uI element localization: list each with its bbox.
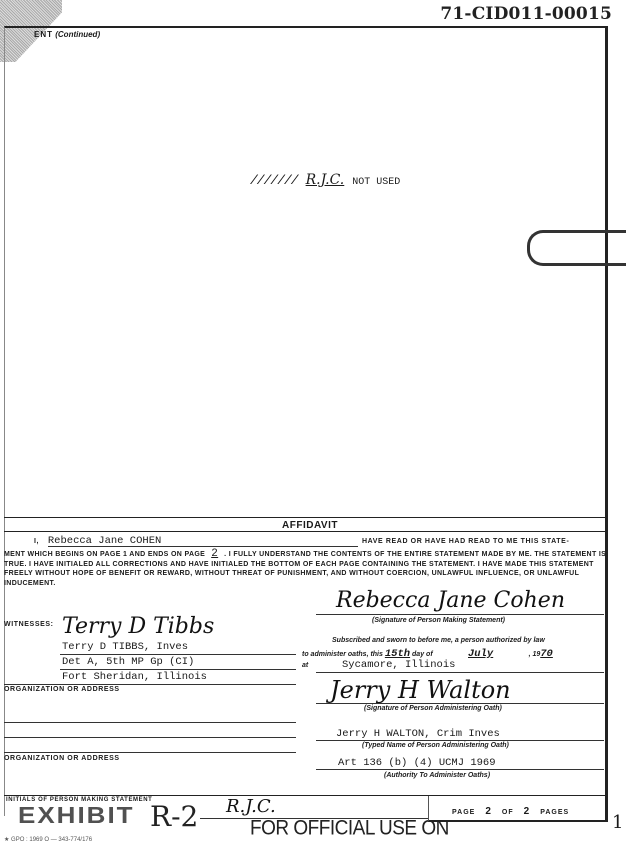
page-label: PAGE xyxy=(452,809,475,816)
day-of: day of xyxy=(412,651,433,658)
side-page-number: 1 xyxy=(612,812,623,833)
admin-typed-line xyxy=(316,740,604,741)
witness-name: Terry D TIBBS, Inves xyxy=(62,641,188,653)
strike-marks: /////// xyxy=(250,173,298,188)
not-used-annotation: /////// R.J.C. NOT USED xyxy=(250,172,400,188)
page-of: OF xyxy=(502,809,514,816)
authority: Art 136 (b) (4) UCMJ 1969 xyxy=(338,757,496,769)
oath-place: Sycamore, Illinois xyxy=(342,659,455,671)
header-cap: ENT xyxy=(34,30,53,39)
witness-location-line xyxy=(4,684,296,685)
pages-label: PAGES xyxy=(540,809,569,816)
affidavit-title: AFFIDAVIT xyxy=(282,520,338,531)
end-page-number: 2 xyxy=(205,548,224,560)
not-used-text: NOT USED xyxy=(352,177,400,188)
gpo-line: ★ GPO : 1969 O — 343-774/176 xyxy=(4,836,92,843)
strike-initials: R.J.C. xyxy=(306,172,345,188)
oath-year: 70 xyxy=(540,648,553,660)
org-address-label-1: ORGANIZATION OR ADDRESS xyxy=(4,686,120,693)
affidavit-top-rule xyxy=(4,517,608,518)
affidavit-title-rule xyxy=(4,531,608,532)
admin-signature-line xyxy=(316,703,604,704)
page-total: 2 xyxy=(524,806,531,817)
section-header-label: ENT (Continued) xyxy=(34,30,100,39)
org-address-label-2: ORGANIZATION OR ADDRESS xyxy=(4,755,120,762)
document-id: 71-CID011-00015 xyxy=(440,4,612,24)
witness-location: Fort Sheridan, Illinois xyxy=(62,671,207,683)
affiant-signature-line xyxy=(316,614,604,615)
authority-caption: (Authority To Administer Oaths) xyxy=(384,772,490,779)
affiant-signature-caption: (Signature of Person Making Statement) xyxy=(372,617,505,624)
form-frame xyxy=(4,26,608,816)
affiant-signature: Rebecca Jane Cohen xyxy=(336,588,565,613)
witness2-line-1 xyxy=(4,722,296,723)
year-prefix: , 19 xyxy=(529,651,541,658)
page-current: 2 xyxy=(485,806,492,817)
exhibit-id: R-2 xyxy=(150,800,198,833)
place-line xyxy=(316,672,604,673)
official-use-stamp: FOR OFFICIAL USE ON xyxy=(250,817,449,841)
witnesses-label: WITNESSES: xyxy=(4,621,54,628)
witness-unit: Det A, 5th MP Gp (CI) xyxy=(62,656,194,668)
footer-initials: R.J.C. xyxy=(226,796,276,817)
witness2-line-3 xyxy=(4,752,296,753)
admin-typed-name: Jerry H WALTON, Crim Inves xyxy=(336,728,500,740)
witness-signature: Terry D Tibbs xyxy=(62,614,214,639)
paperclip-icon xyxy=(527,230,626,266)
i-prefix: I, xyxy=(34,538,39,545)
witness2-line-2 xyxy=(4,737,296,738)
admin-typed-caption: (Typed Name of Person Administering Oath… xyxy=(362,742,509,749)
sworn-text: Subscribed and sworn to before me, a per… xyxy=(332,637,545,644)
at-label: at xyxy=(302,662,308,669)
authority-line xyxy=(316,769,604,770)
read-clause: HAVE READ OR HAVE HAD READ TO ME THIS ST… xyxy=(362,538,569,545)
affidavit-paragraph: MENT WHICH BEGINS ON PAGE 1 AND ENDS ON … xyxy=(4,550,608,588)
affiant-name-line xyxy=(48,546,358,547)
page-indicator: PAGE2OF2PAGES xyxy=(452,806,569,817)
para-part1: MENT WHICH BEGINS ON PAGE 1 AND ENDS ON … xyxy=(4,551,205,558)
exhibit-stamp: EXHIBIT xyxy=(18,802,135,830)
witness-unit-line xyxy=(60,669,296,670)
header-continued: (Continued) xyxy=(55,30,100,39)
admin-signature-caption: (Signature of Person Administering Oath) xyxy=(364,705,502,712)
witness-name-line xyxy=(60,654,296,655)
administer-prefix: to administer oaths, this xyxy=(302,651,383,658)
administrator-signature: Jerry H Walton xyxy=(330,676,511,704)
